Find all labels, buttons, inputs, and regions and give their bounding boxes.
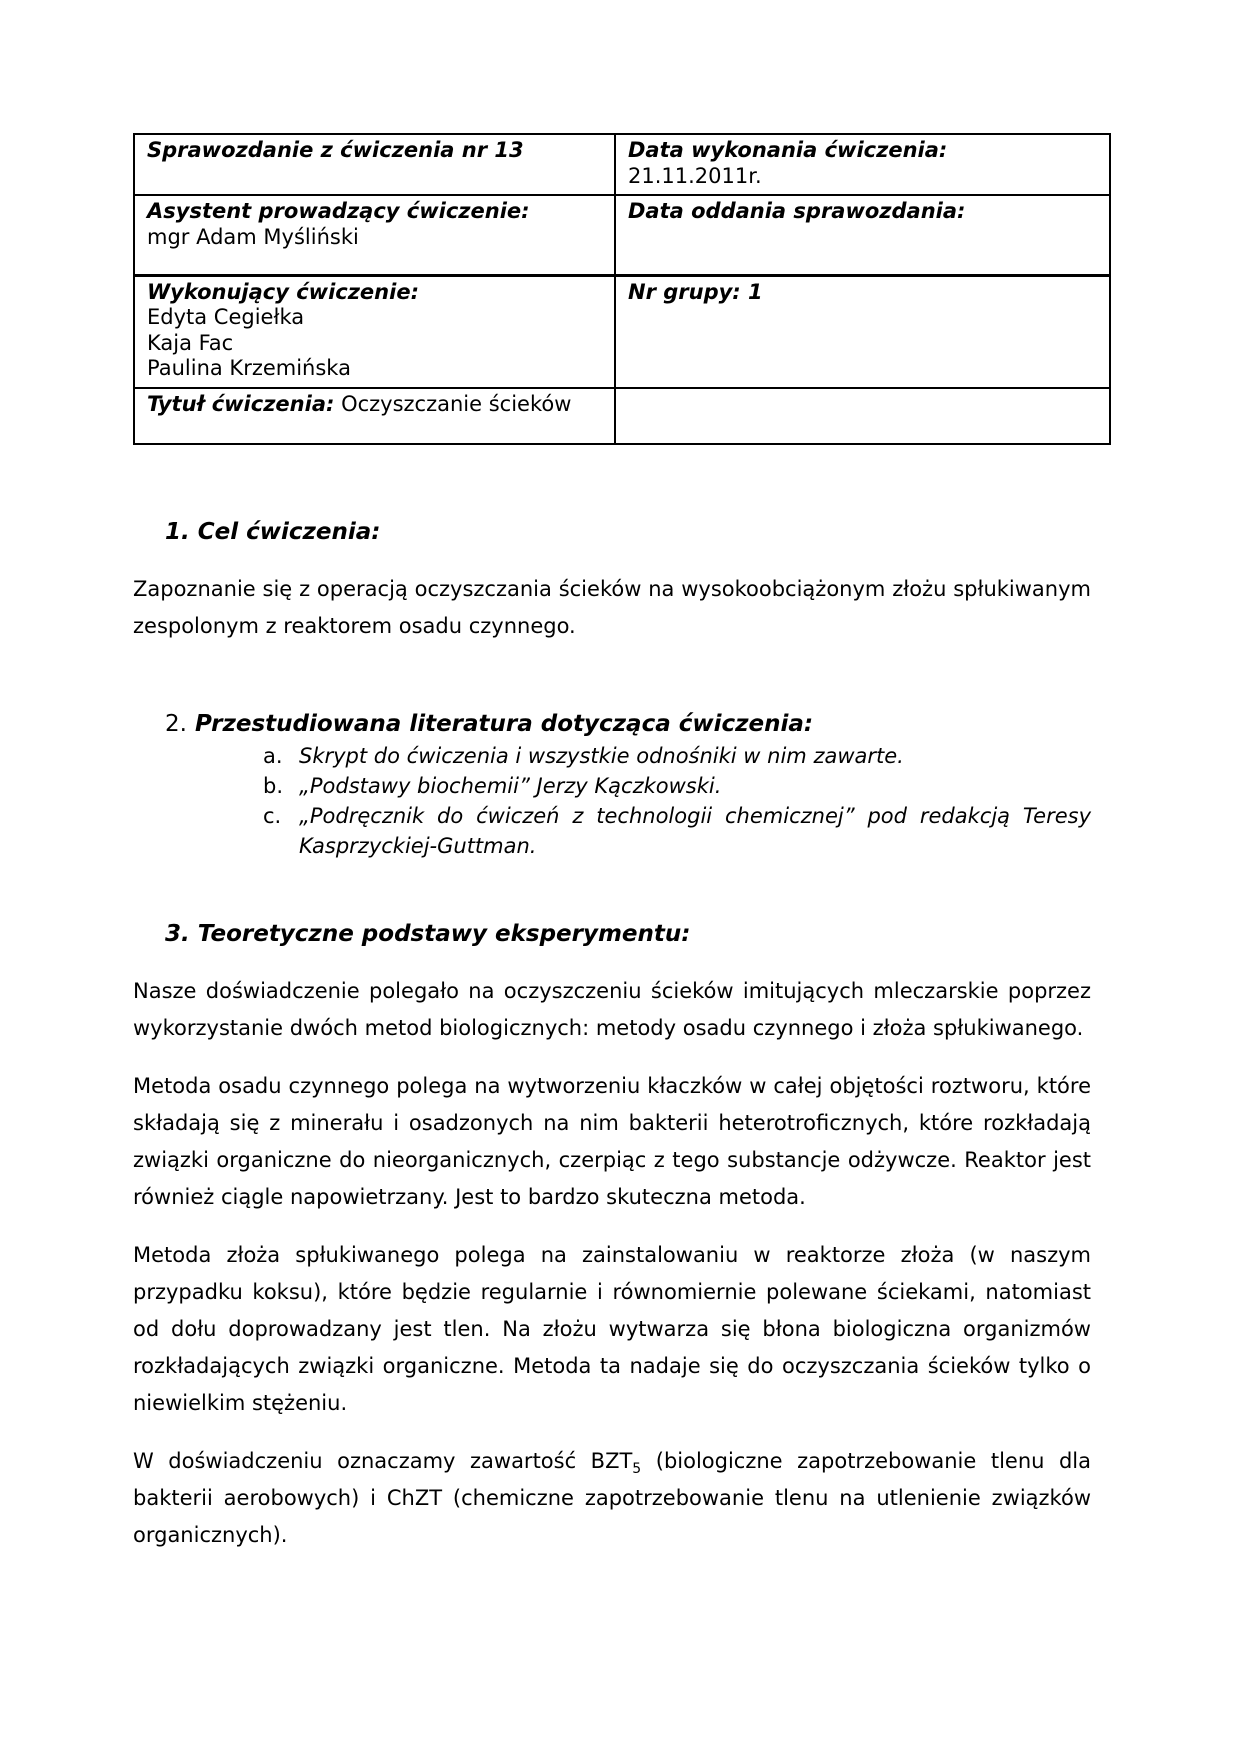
document-content: Sprawozdanie z ćwiczenia nr 13 Data wyko…: [133, 133, 1091, 1554]
assistant-label: Asystent prowadzący ćwiczenie:: [147, 199, 602, 225]
section-3-paragraph-3: Metoda złoża spłukiwanego polega na zain…: [133, 1237, 1091, 1422]
performers-label: Wykonujący ćwiczenie:: [147, 280, 602, 306]
exercise-title-value: Oczyszczanie ścieków: [334, 392, 571, 416]
section-3-paragraph-1: Nasze doświadczenie polegało na oczyszcz…: [133, 973, 1091, 1047]
exercise-date-value: 21.11.2011r.: [628, 164, 1097, 190]
paragraph-4-text-before-subscript: W doświadczeniu oznaczamy zawartość BZT: [133, 1449, 632, 1473]
list-text-a: Skrypt do ćwiczenia i wszystkie odnośnik…: [299, 741, 1091, 771]
cell-assistant: Asystent prowadzący ćwiczenie: mgr Adam …: [134, 195, 615, 275]
report-title-label: Sprawozdanie z ćwiczenia nr 13: [147, 138, 524, 162]
document-page: Sprawozdanie z ćwiczenia nr 13 Data wyko…: [0, 0, 1240, 1754]
section-1-heading: 1. Cel ćwiczenia:: [133, 517, 1091, 547]
bzt-subscript: 5: [632, 1461, 641, 1477]
cell-empty: [615, 388, 1110, 444]
exercise-title-label: Tytuł ćwiczenia:: [147, 392, 334, 416]
list-item-b: b. „Podstawy biochemii” Jerzy Kączkowski…: [133, 771, 1091, 801]
group-number-label: Nr grupy: 1: [628, 280, 1097, 306]
list-marker-a: a.: [263, 741, 299, 771]
cell-exercise-title: Tytuł ćwiczenia: Oczyszczanie ścieków: [134, 388, 615, 444]
cell-performers: Wykonujący ćwiczenie: Edyta Cegiełka Kaj…: [134, 275, 615, 388]
cell-report-title: Sprawozdanie z ćwiczenia nr 13: [134, 134, 615, 195]
performer-name-3: Paulina Krzemińska: [147, 356, 602, 382]
list-text-c: „Podręcznik do ćwiczeń z technologii che…: [299, 801, 1091, 861]
section-3-heading: 3. Teoretyczne podstawy eksperymentu:: [133, 919, 1091, 949]
table-row-exercise-title: Tytuł ćwiczenia: Oczyszczanie ścieków: [134, 388, 1110, 444]
table-row-report-number: Sprawozdanie z ćwiczenia nr 13 Data wyko…: [134, 134, 1110, 195]
exercise-date-label: Data wykonania ćwiczenia:: [628, 138, 1097, 164]
report-header-table: Sprawozdanie z ćwiczenia nr 13 Data wyko…: [133, 133, 1111, 445]
section-1-paragraph: Zapoznanie się z operacją oczyszczania ś…: [133, 571, 1091, 645]
performer-name-2: Kaja Fac: [147, 331, 602, 357]
list-marker-c: c.: [263, 801, 299, 861]
list-marker-b: b.: [263, 771, 299, 801]
section-2-number: 2.: [165, 711, 187, 737]
performer-name-1: Edyta Cegiełka: [147, 305, 602, 331]
literature-list: a. Skrypt do ćwiczenia i wszystkie odnoś…: [133, 741, 1091, 861]
table-row-performers: Wykonujący ćwiczenie: Edyta Cegiełka Kaj…: [134, 275, 1110, 388]
assistant-name: mgr Adam Myśliński: [147, 225, 602, 251]
list-text-b: „Podstawy biochemii” Jerzy Kączkowski.: [299, 771, 1091, 801]
cell-submission-date: Data oddania sprawozdania:: [615, 195, 1110, 275]
submission-date-label: Data oddania sprawozdania:: [628, 199, 1097, 225]
list-item-a: a. Skrypt do ćwiczenia i wszystkie odnoś…: [133, 741, 1091, 771]
cell-exercise-date: Data wykonania ćwiczenia: 21.11.2011r.: [615, 134, 1110, 195]
section-3-paragraph-4: W doświadczeniu oznaczamy zawartość BZT5…: [133, 1443, 1091, 1554]
table-row-assistant: Asystent prowadzący ćwiczenie: mgr Adam …: [134, 195, 1110, 275]
section-3-paragraph-2: Metoda osadu czynnego polega na wytworze…: [133, 1068, 1091, 1216]
list-item-c: c. „Podręcznik do ćwiczeń z technologii …: [133, 801, 1091, 861]
cell-group-number: Nr grupy: 1: [615, 275, 1110, 388]
section-2-heading: 2. Przestudiowana literatura dotycząca ć…: [133, 709, 1091, 739]
section-2-heading-text: Przestudiowana literatura dotycząca ćwic…: [195, 711, 813, 737]
